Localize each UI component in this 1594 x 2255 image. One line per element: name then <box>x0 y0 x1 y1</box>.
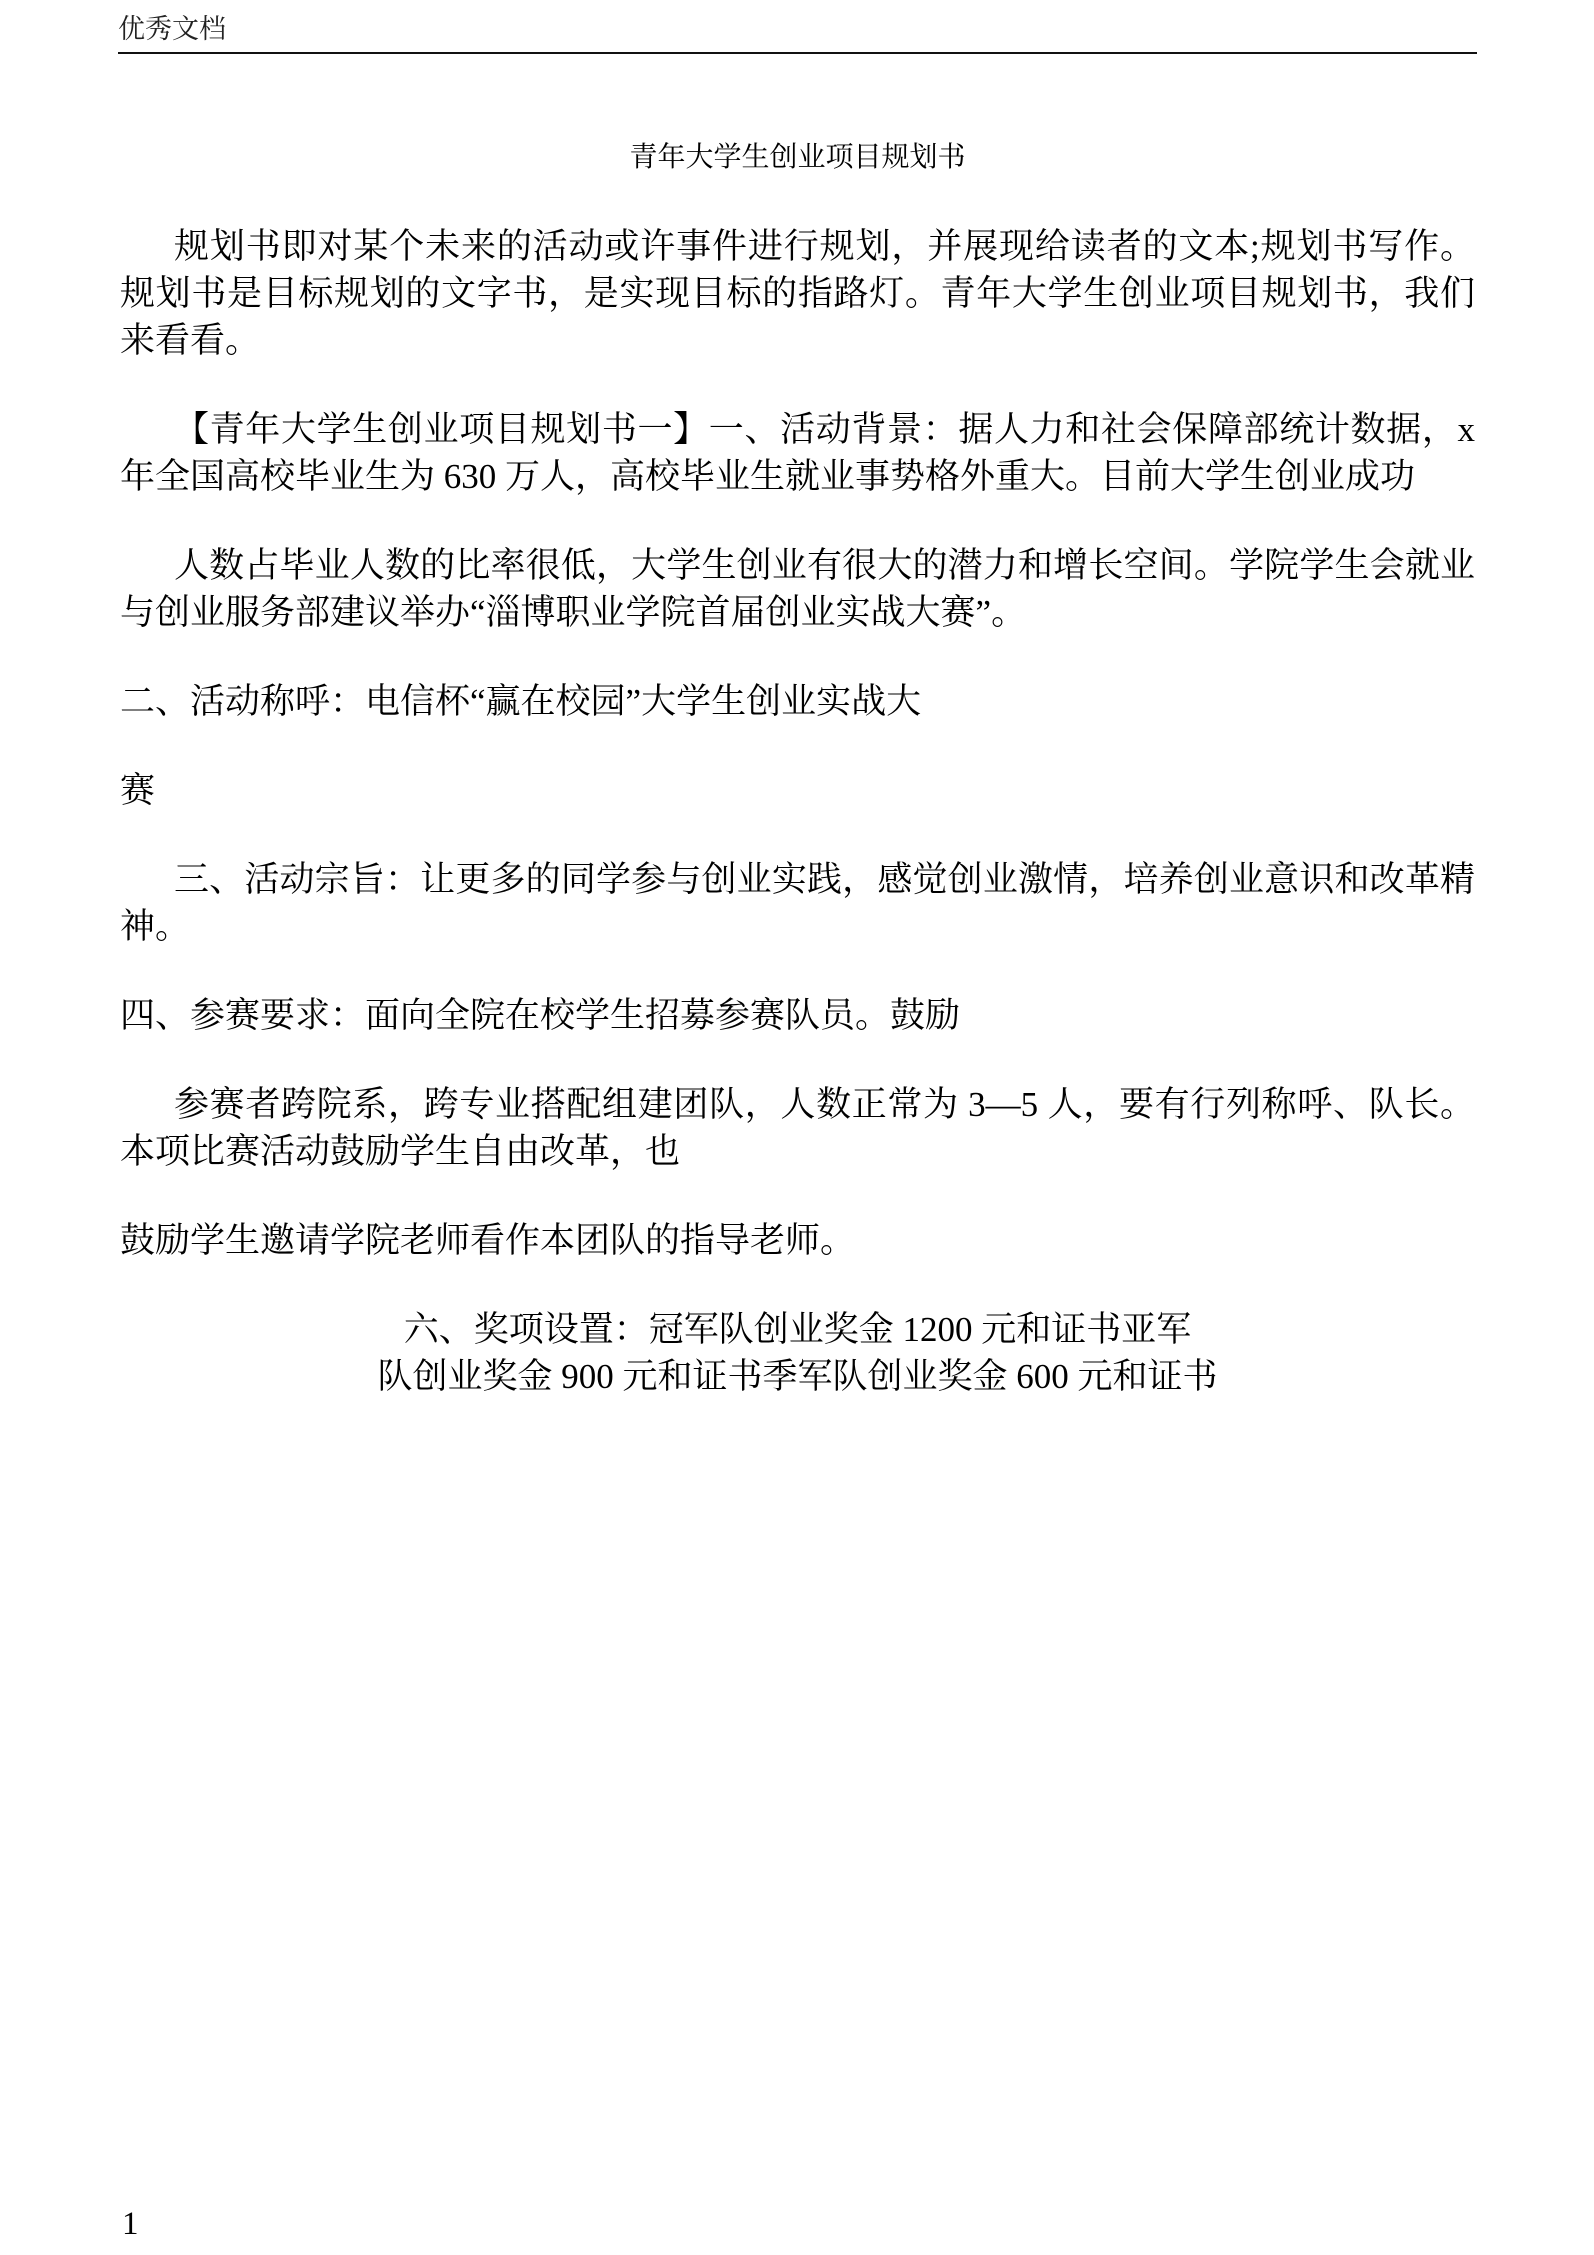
paragraph: 人数占毕业人数的比率很低，大学生创业有很大的潜力和增长空间。学院学生会就业与创业… <box>120 542 1475 636</box>
paragraph: 四、参赛要求：面向全院在校学生招募参赛队员。鼓励 <box>120 992 1475 1039</box>
paragraph: 参赛者跨院系，跨专业搭配组建团队，人数正常为 3—5 人，要有行列称呼、队长。本… <box>120 1081 1475 1175</box>
document-page: 优秀文档 青年大学生创业项目规划书 规划书即对某个未来的活动或许事件进行规划，并… <box>0 0 1594 2255</box>
paragraph: 鼓励学生邀请学院老师看作本团队的指导老师。 <box>120 1217 1475 1264</box>
paragraph: 六、奖项设置：冠军队创业奖金 1200 元和证书亚军 <box>120 1306 1475 1353</box>
paragraph: 队创业奖金 900 元和证书季军队创业奖金 600 元和证书 <box>120 1353 1475 1400</box>
paragraph: 二、活动称呼：电信杯“赢在校园”大学生创业实战大 <box>120 678 1475 725</box>
document-body: 青年大学生创业项目规划书 规划书即对某个未来的活动或许事件进行规划，并展现给读者… <box>120 0 1475 1442</box>
paragraph: 规划书即对某个未来的活动或许事件进行规划，并展现给读者的文本;规划书写作。规划书… <box>120 223 1475 364</box>
page-title: 青年大学生创业项目规划书 <box>120 142 1475 174</box>
paragraph: 赛 <box>120 767 1475 814</box>
paragraph-list: 规划书即对某个未来的活动或许事件进行规划，并展现给读者的文本;规划书写作。规划书… <box>120 223 1475 1400</box>
page-number: 1 <box>122 2205 139 2243</box>
paragraph: 【青年大学生创业项目规划书一】一、活动背景：据人力和社会保障部统计数据，x 年全… <box>120 406 1475 500</box>
paragraph: 三、活动宗旨：让更多的同学参与创业实践，感觉创业激情，培养创业意识和改革精神。 <box>120 856 1475 950</box>
